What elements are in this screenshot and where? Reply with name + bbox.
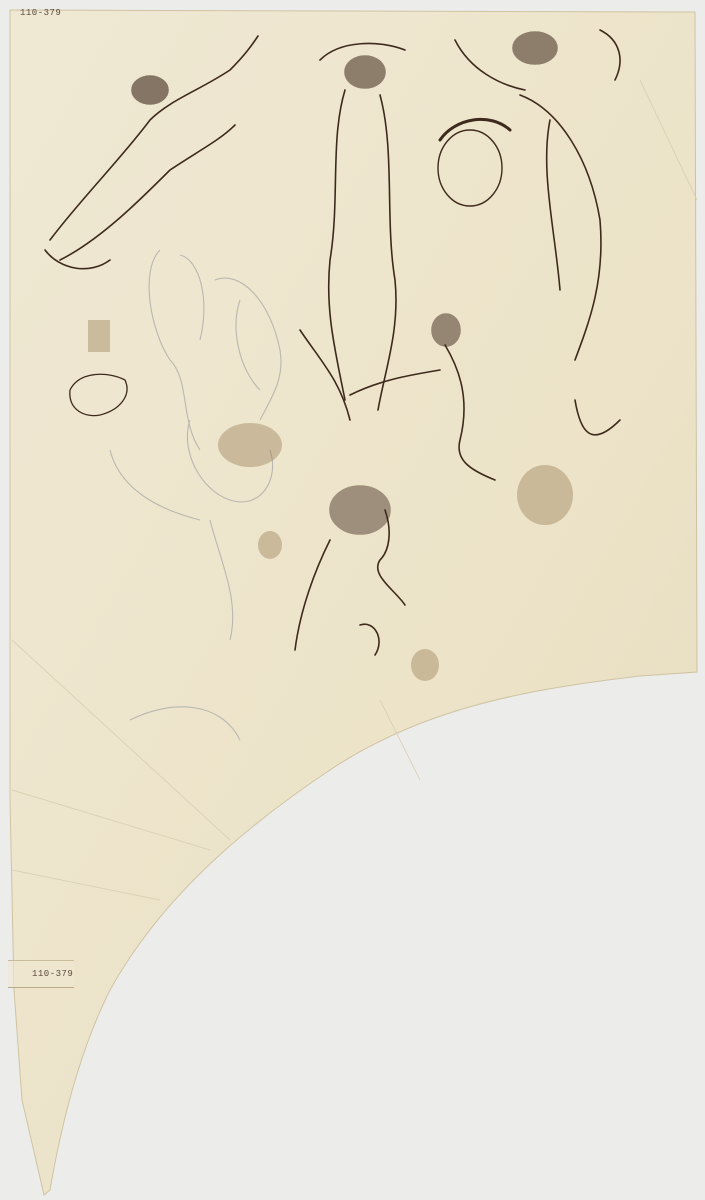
accession-label-bottom: 110-379: [8, 960, 74, 988]
artwork-scan: 110-379 110-379: [0, 0, 705, 1200]
paper-sheet: [0, 0, 705, 1200]
accession-label-top: 110-379: [20, 8, 61, 18]
paper-shape: [10, 10, 697, 1195]
